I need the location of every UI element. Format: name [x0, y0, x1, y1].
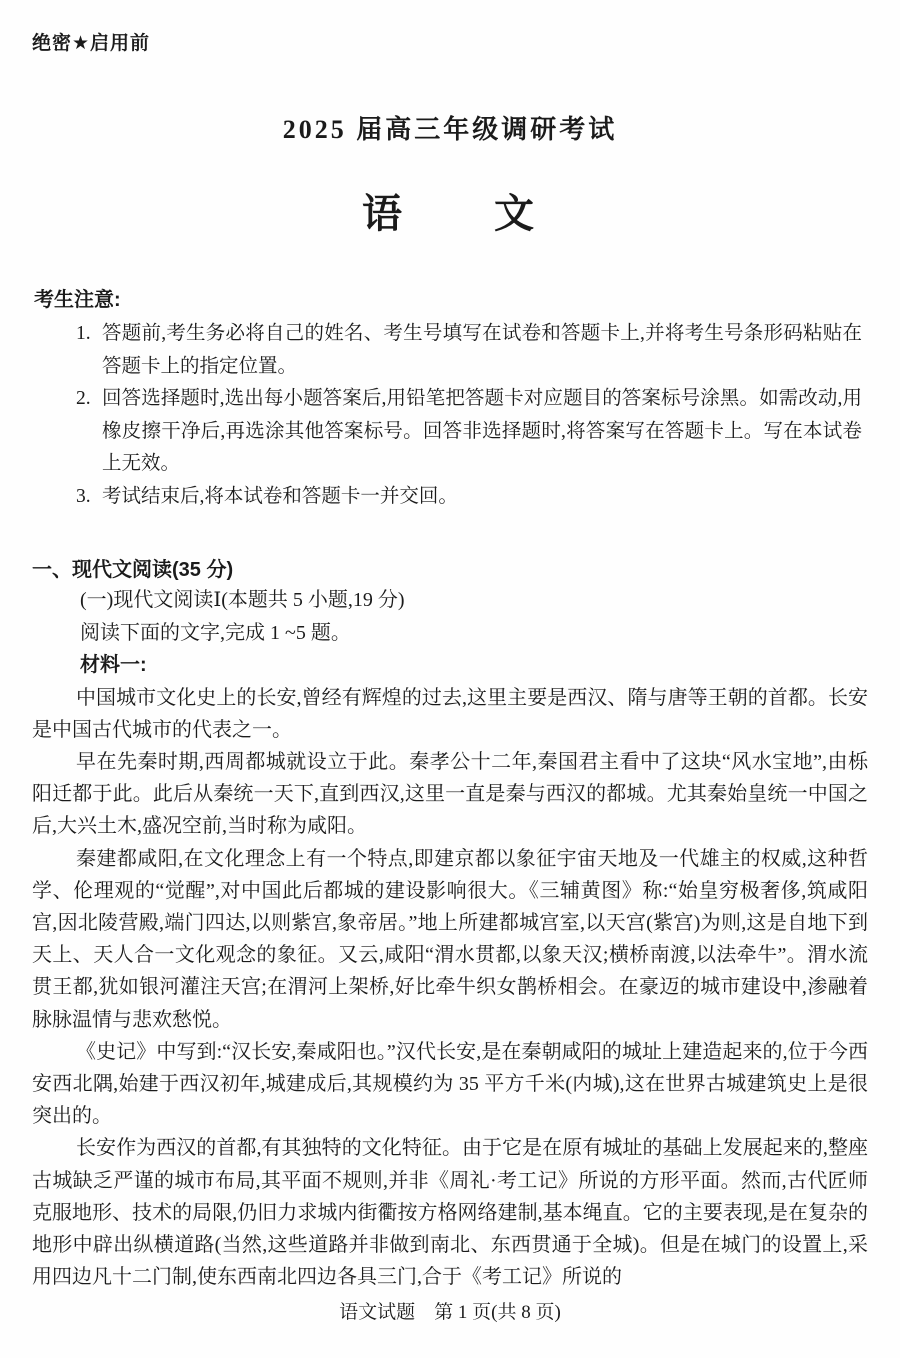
exam-title: 2025 届高三年级调研考试 [32, 109, 868, 146]
notice-heading: 考生注意: [34, 283, 868, 312]
material-one-paragraph-4: 《史记》中写到:“汉长安,秦咸阳也。”汉代长安,是在秦朝咸阳的城址上建造起来的,… [32, 1036, 868, 1133]
modern-reading-section: 一、现代文阅读(35 分) (一)现代文阅读Ⅰ(本题共 5 小题,19 分) 阅… [32, 553, 868, 1293]
material-one-paragraph-1: 中国城市文化史上的长安,曾经有辉煌的过去,这里主要是西汉、隋与唐等王朝的首都。长… [32, 682, 868, 746]
security-classification-label: 绝密★启用前 [32, 28, 868, 55]
subject-title: 语 文 [32, 182, 868, 239]
section-one-heading: 一、现代文阅读(35 分) [32, 553, 868, 582]
notice-item-1-text: 答题前,考生务必将自己的姓名、考生号填写在试卷和答题卡上,并将考生号条形码粘贴在… [102, 318, 862, 383]
notice-item-3-text: 考试结束后,将本试卷和答题卡一并交回。 [102, 481, 862, 514]
candidate-notice-section: 考生注意: 1. 答题前,考生务必将自己的姓名、考生号填写在试卷和答题卡上,并将… [32, 283, 868, 513]
exam-paper-page: 绝密★启用前 2025 届高三年级调研考试 语 文 考生注意: 1. 答题前,考… [0, 0, 900, 1358]
material-one-label: 材料一: [80, 649, 868, 682]
notice-item-3-number: 3. [76, 481, 102, 514]
notice-item-2-number: 2. [76, 383, 102, 481]
notice-item-2: 2. 回答选择题时,选出每小题答案后,用铅笔把答题卡对应题目的答案标号涂黑。如需… [76, 383, 862, 481]
material-one-paragraph-2: 早在先秦时期,西周都城就设立于此。秦孝公十二年,秦国君主看中了这块“风水宝地”,… [32, 746, 868, 843]
notice-item-1-number: 1. [76, 318, 102, 383]
section-one-part-heading: (一)现代文阅读Ⅰ(本题共 5 小题,19 分) [80, 584, 868, 617]
material-one-paragraph-5: 长安作为西汉的首都,有其独特的文化特征。由于它是在原有城址的基础上发展起来的,整… [32, 1132, 868, 1293]
notice-item-1: 1. 答题前,考生务必将自己的姓名、考生号填写在试卷和答题卡上,并将考生号条形码… [76, 318, 862, 383]
notice-item-3: 3. 考试结束后,将本试卷和答题卡一并交回。 [76, 481, 862, 514]
material-one-paragraph-3: 秦建都咸阳,在文化理念上有一个特点,即建京都以象征宇宙天地及一代雄主的权威,这种… [32, 843, 868, 1036]
page-footer: 语文试题 第 1 页(共 8 页) [0, 1297, 900, 1324]
notice-item-2-text: 回答选择题时,选出每小题答案后,用铅笔把答题卡对应题目的答案标号涂黑。如需改动,… [102, 383, 862, 481]
reading-instruction: 阅读下面的文字,完成 1 ~5 题。 [80, 617, 868, 650]
